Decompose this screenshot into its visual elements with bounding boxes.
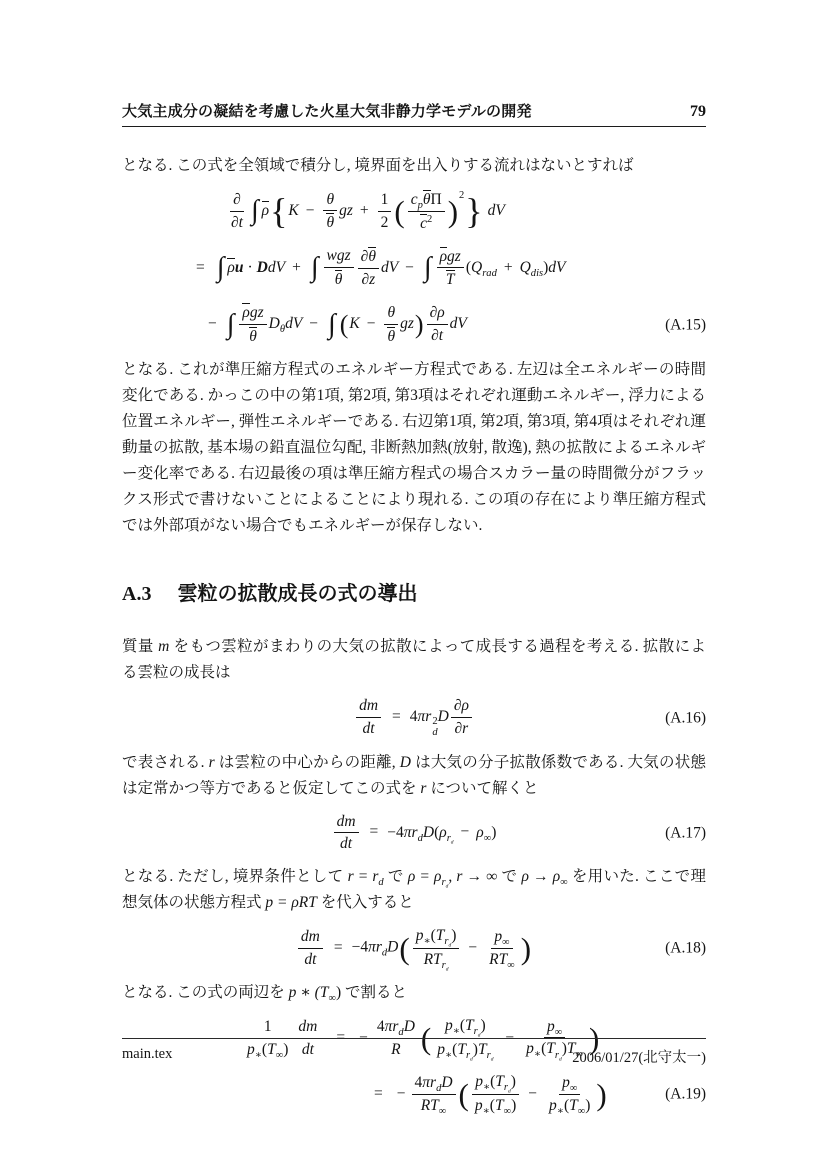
math-symbol: gz bbox=[339, 202, 353, 219]
math-symbol: p bbox=[475, 1073, 483, 1090]
math-symbol: θ bbox=[387, 304, 395, 321]
math-symbol: ∗ bbox=[557, 1106, 564, 1117]
section-title: 雲粒の拡散成長の式の導出 bbox=[177, 583, 417, 605]
math-symbol: T bbox=[446, 270, 455, 288]
math-symbol: Π bbox=[431, 191, 442, 208]
equation-tag: (A.18) bbox=[665, 940, 706, 956]
fraction: 12 bbox=[378, 191, 392, 232]
math-symbol: 2 bbox=[427, 214, 432, 225]
math-symbol: D bbox=[438, 708, 449, 725]
text-run: 質量 bbox=[122, 638, 158, 655]
text-run: をもつ雲粒がまわりの大気の拡散によって成長する過程を考える. 拡散による雲粒の成… bbox=[122, 638, 706, 681]
section-heading: A.3雲粒の拡散成長の式の導出 bbox=[122, 577, 706, 606]
math-symbol: ∗ bbox=[483, 1106, 490, 1117]
equation-a15-line1: ∂∂t∫ρ{K−θθgz+12(cpθΠc2)2}dV bbox=[122, 183, 706, 240]
math-symbol: 4 bbox=[360, 939, 368, 956]
text-run: で bbox=[497, 868, 521, 885]
math-symbol: = bbox=[334, 939, 343, 956]
math-symbol: ) bbox=[481, 1017, 486, 1034]
math-symbol: K bbox=[349, 315, 359, 332]
math-symbol: ρ bbox=[439, 823, 446, 840]
integral-sign: ∫ bbox=[311, 252, 319, 283]
integral-sign: ∫ bbox=[328, 309, 336, 340]
math-symbol: R bbox=[489, 951, 498, 968]
math-symbol: π bbox=[368, 939, 376, 956]
math-symbol: ∗ bbox=[453, 1026, 460, 1037]
math-symbol: − bbox=[461, 823, 470, 840]
page-footer: main.tex 2006/01/27(北守太一) bbox=[122, 1038, 706, 1067]
math-symbol: c bbox=[420, 214, 427, 232]
math-symbol: θ bbox=[423, 190, 431, 208]
fraction: ∂ρ∂r bbox=[451, 697, 472, 738]
document-page: 大気主成分の凝結を考慮した火星大気非静力学モデルの開発 79 となる. この式を… bbox=[0, 0, 826, 1169]
math-symbol: 4 bbox=[396, 823, 404, 840]
math-symbol: ) bbox=[585, 1097, 590, 1114]
math-symbol: T bbox=[499, 951, 508, 968]
math-symbol: p ∗ (T bbox=[289, 984, 329, 1001]
page-number: 79 bbox=[690, 103, 706, 121]
math-symbol: R bbox=[424, 951, 433, 968]
fraction: p∞p∗(T∞) bbox=[546, 1074, 593, 1115]
math-symbol: p = ρRT bbox=[265, 894, 317, 911]
math-symbol: p bbox=[475, 1097, 483, 1114]
header-title: 大気主成分の凝結を考慮した火星大気非静力学モデルの開発 bbox=[122, 100, 532, 121]
right-paren: ) bbox=[415, 310, 424, 339]
math-symbol: d bbox=[446, 966, 449, 972]
math-symbol: ∞ bbox=[328, 993, 336, 1004]
math-symbol: r bbox=[425, 708, 431, 725]
fraction: θθ bbox=[384, 304, 398, 346]
text-run: で割ると bbox=[341, 984, 407, 1001]
math-symbol: ρ = ρ bbox=[408, 868, 442, 885]
math-symbol: D bbox=[423, 823, 434, 840]
content-column: 大気主成分の凝結を考慮した火星大気非静力学モデルの開発 79 となる. この式を… bbox=[122, 0, 706, 1126]
left-paren: ( bbox=[394, 194, 404, 229]
math-symbol: m bbox=[158, 638, 169, 655]
equation-a18-line: dmdt=−4πrdD(p∗(Trd)RTrd−p∞RT∞) (A.18) bbox=[122, 920, 706, 976]
math-symbol: ρ bbox=[440, 247, 447, 265]
math-symbol: gz bbox=[447, 248, 461, 265]
equation-a15-line3: −∫ρgzθDθdV−∫(K−θθgz)∂ρ∂tdV (A.15) bbox=[122, 296, 706, 353]
fraction: dmdt bbox=[298, 928, 323, 969]
math-symbol: 2 bbox=[459, 190, 464, 201]
left-paren: ( bbox=[399, 931, 409, 966]
math-symbol: dm bbox=[334, 813, 359, 834]
right-paren: ) bbox=[491, 823, 496, 840]
math-symbol: T bbox=[433, 951, 442, 968]
fraction: p∞RT∞ bbox=[486, 928, 518, 969]
math-symbol: ∂t bbox=[428, 325, 446, 345]
math-symbol: Q bbox=[520, 259, 531, 276]
fraction: ρgzθ bbox=[239, 303, 266, 346]
math-symbol: ρ bbox=[262, 201, 269, 219]
math-symbol: ρ → ρ bbox=[521, 868, 560, 885]
math-symbol: dV bbox=[381, 259, 398, 276]
integral-sign: ∫ bbox=[217, 252, 225, 283]
math-symbol: ∞ bbox=[504, 1106, 512, 1117]
math-symbol: d bbox=[451, 839, 454, 845]
right-brace: } bbox=[465, 191, 482, 231]
right-paren: ) bbox=[521, 931, 531, 966]
math-symbol: dm bbox=[356, 697, 381, 718]
math-symbol: − bbox=[405, 259, 414, 276]
math-symbol: rad bbox=[482, 268, 497, 279]
math-symbol: − bbox=[309, 315, 318, 332]
math-symbol: − bbox=[387, 823, 396, 840]
integral-sign: ∫ bbox=[227, 309, 235, 340]
math-symbol: rd bbox=[447, 833, 454, 844]
math-symbol: dm bbox=[295, 1018, 320, 1039]
text-run: を代入すると bbox=[317, 894, 414, 911]
math-symbol: π bbox=[404, 823, 412, 840]
equation-a15: ∂∂t∫ρ{K−θθgz+12(cpθΠc2)2}dV =∫ρu·DdV+∫wg… bbox=[122, 183, 706, 353]
text-run: となる. この式の両辺を bbox=[122, 984, 289, 1001]
footer-filename: main.tex bbox=[122, 1046, 172, 1067]
math-symbol: ∞ bbox=[507, 960, 515, 971]
math-symbol: − bbox=[306, 202, 315, 219]
math-symbol: + bbox=[292, 259, 301, 276]
math-symbol: D bbox=[269, 315, 280, 332]
math-symbol: T bbox=[495, 1073, 504, 1090]
fraction: ∂ρ∂t bbox=[427, 304, 448, 345]
math-symbol: θ bbox=[387, 327, 395, 345]
fraction: cpθΠc2 bbox=[408, 190, 445, 233]
math-symbol: ∞ bbox=[560, 877, 568, 888]
left-paren: ( bbox=[459, 1077, 469, 1112]
equation-tag: (A.17) bbox=[665, 825, 706, 841]
math-symbol: = bbox=[374, 1085, 383, 1102]
equation-a17-line: dmdt=−4πrdD(ρrd−ρ∞) (A.17) bbox=[122, 806, 706, 861]
math-symbol: wgz bbox=[324, 247, 354, 268]
math-symbol: ) bbox=[511, 1073, 516, 1090]
right-paren: ) bbox=[448, 194, 458, 229]
math-symbol: − bbox=[528, 1085, 537, 1102]
math-symbol: D bbox=[404, 1018, 415, 1035]
math-symbol: ∞ bbox=[502, 937, 510, 948]
math-symbol: · bbox=[248, 259, 253, 276]
math-symbol: ∗ bbox=[423, 936, 430, 947]
text-run: で表される. bbox=[122, 754, 209, 771]
paragraph-diffusion-solution: で表される. r は雲粒の中心からの距離, D は大気の分子拡散係数である. 大… bbox=[122, 750, 706, 802]
math-symbol: p bbox=[445, 1017, 453, 1034]
math-symbol: p bbox=[547, 1018, 555, 1035]
math-symbol: θ bbox=[326, 191, 334, 208]
math-symbol: ρ bbox=[227, 258, 234, 276]
fraction: θθ bbox=[323, 191, 337, 233]
math-symbol: ∂r bbox=[452, 718, 472, 738]
math-symbol: gz bbox=[400, 315, 414, 332]
math-symbol: T bbox=[495, 1097, 504, 1114]
math-symbol: ) bbox=[511, 1097, 516, 1114]
paragraph-divide: となる. この式の両辺を p ∗ (T∞) で割ると bbox=[122, 980, 706, 1006]
math-symbol: 4 bbox=[377, 1018, 385, 1035]
math-symbol: θ bbox=[368, 247, 376, 265]
math-symbol: r = r bbox=[348, 868, 379, 885]
fraction: dmdt bbox=[356, 697, 381, 738]
math-symbol: ∞ bbox=[570, 1083, 578, 1094]
equation-tag: (A.15) bbox=[665, 317, 706, 333]
math-symbol: p bbox=[562, 1074, 570, 1091]
math-symbol: ∞ bbox=[439, 1106, 447, 1117]
equation-a19-line2: =−4πrdDRT∞(p∗(Trd)p∗(T∞)−p∞p∗(T∞)) (A.19… bbox=[122, 1066, 706, 1121]
math-symbol: dV bbox=[285, 315, 302, 332]
math-symbol: c bbox=[411, 191, 418, 208]
fraction: ∂∂t bbox=[228, 191, 246, 232]
left-paren: ( bbox=[340, 310, 349, 339]
math-symbol: rd bbox=[442, 960, 449, 971]
math-symbol: D bbox=[400, 754, 411, 771]
math-symbol: dt bbox=[360, 718, 378, 738]
math-symbol: ∂t bbox=[228, 212, 246, 232]
equation-a18: dmdt=−4πrdD(p∗(Trd)RTrd−p∞RT∞) (A.18) bbox=[122, 920, 706, 976]
math-symbol: dis bbox=[531, 268, 543, 279]
math-symbol: rd bbox=[474, 1026, 481, 1037]
math-symbol: − bbox=[468, 939, 477, 956]
paragraph-intro: となる. この式を全領域で積分し, 境界面を出入りする流れはないとすれば bbox=[122, 153, 706, 179]
left-brace: { bbox=[270, 191, 287, 231]
math-symbol: dV bbox=[268, 259, 285, 276]
math-symbol: dV bbox=[488, 202, 505, 219]
fraction: ρgzT bbox=[437, 247, 464, 290]
math-symbol: 1 bbox=[261, 1018, 275, 1039]
math-symbol: 1 bbox=[378, 191, 392, 212]
equation-a16-line: dmdt=4πr2dD∂ρ∂r (A.16) bbox=[122, 690, 706, 746]
text-run: となる. ただし, 境界条件として bbox=[122, 868, 348, 885]
math-symbol: ∂ρ bbox=[451, 697, 472, 718]
footer-date-author: 2006/01/27(北守太一) bbox=[572, 1046, 706, 1067]
math-symbol: − bbox=[397, 1085, 406, 1102]
math-symbol: r → ∞ bbox=[456, 868, 497, 885]
math-symbol: − bbox=[367, 315, 376, 332]
math-symbol: − bbox=[208, 315, 217, 332]
equation-a16: dmdt=4πr2dD∂ρ∂r (A.16) bbox=[122, 690, 706, 746]
math-symbol: u bbox=[235, 259, 244, 276]
math-symbol: ∂ bbox=[230, 191, 244, 212]
math-symbol: θ bbox=[335, 270, 343, 288]
page-header: 大気主成分の凝結を考慮した火星大気非静力学モデルの開発 79 bbox=[122, 100, 706, 127]
math-symbol: = bbox=[370, 823, 379, 840]
text-run: で bbox=[384, 868, 408, 885]
math-symbol: θ bbox=[326, 213, 334, 231]
math-symbol: dt bbox=[337, 833, 355, 853]
equation-tag: (A.19) bbox=[665, 1086, 706, 1102]
section-number: A.3 bbox=[122, 583, 151, 605]
math-symbol: ρ bbox=[476, 823, 483, 840]
math-symbol: T bbox=[430, 1097, 439, 1114]
math-symbol: dV bbox=[548, 259, 565, 276]
math-symbol: Q bbox=[471, 259, 482, 276]
equation-tag: (A.16) bbox=[665, 710, 706, 726]
math-symbol: + bbox=[504, 259, 513, 276]
math-symbol: D bbox=[441, 1074, 452, 1091]
math-symbol: p bbox=[549, 1097, 557, 1114]
math-symbol: dV bbox=[450, 315, 467, 332]
math-symbol: π bbox=[422, 1074, 430, 1091]
math-symbol: = bbox=[392, 708, 401, 725]
integral-sign: ∫ bbox=[251, 195, 259, 226]
math-symbol: d bbox=[432, 728, 437, 739]
math-symbol: p bbox=[494, 928, 502, 945]
math-symbol: rd bbox=[504, 1082, 511, 1093]
fraction: wgzθ bbox=[324, 247, 354, 289]
math-symbol: ) bbox=[451, 927, 456, 944]
math-symbol: + bbox=[360, 202, 369, 219]
math-symbol: gz bbox=[250, 304, 264, 321]
fraction: dmdt bbox=[334, 813, 359, 854]
fraction: ∂θ∂z bbox=[358, 247, 379, 289]
math-symbol: R bbox=[421, 1097, 430, 1114]
math-symbol: T bbox=[465, 1017, 474, 1034]
integral-sign: ∫ bbox=[424, 252, 432, 283]
paragraph-cloud-growth: 質量 m をもつ雲粒がまわりの大気の拡散によって成長する過程を考える. 拡散によ… bbox=[122, 634, 706, 686]
math-symbol: dm bbox=[298, 928, 323, 949]
paragraph-energy-discussion: となる. これが準圧縮方程式のエネルギー方程式である. 左辺は全エネルギーの時間… bbox=[122, 357, 706, 539]
math-symbol: = bbox=[196, 259, 205, 276]
math-symbol: T bbox=[569, 1097, 578, 1114]
equation-a17: dmdt=−4πrdD(ρrd−ρ∞) (A.17) bbox=[122, 806, 706, 861]
paragraph-boundary-conditions: となる. ただし, 境界条件として r = rd で ρ = ρrd, r → … bbox=[122, 864, 706, 916]
math-symbol: 4 bbox=[410, 708, 418, 725]
math-symbol: D bbox=[257, 259, 268, 276]
math-symbol: D bbox=[387, 939, 398, 956]
math-symbol: ∂ bbox=[361, 248, 369, 265]
right-paren: ) bbox=[596, 1077, 606, 1112]
math-symbol: 2 bbox=[378, 212, 392, 232]
math-symbol: ρ bbox=[242, 303, 249, 321]
math-symbol: ∂ρ bbox=[427, 304, 448, 325]
text-run: は雲粒の中心からの距離, bbox=[215, 754, 400, 771]
equation-a15-line2: =∫ρu·DdV+∫wgzθ∂θ∂zdV−∫ρgzT(Qrad+Qdis)dV bbox=[122, 240, 706, 297]
text-run: について解くと bbox=[426, 780, 538, 797]
fraction: p∗(Trd)p∗(T∞) bbox=[472, 1073, 519, 1114]
math-symbol: K bbox=[288, 202, 298, 219]
fraction: p∗(Trd)RTrd bbox=[413, 927, 460, 969]
math-symbol: ∂z bbox=[358, 269, 378, 289]
fraction: 4πrdDRT∞ bbox=[412, 1074, 456, 1115]
math-symbol: dt bbox=[301, 949, 319, 969]
math-symbol: ∞ bbox=[555, 1027, 563, 1038]
math-symbol: θ bbox=[249, 327, 257, 345]
